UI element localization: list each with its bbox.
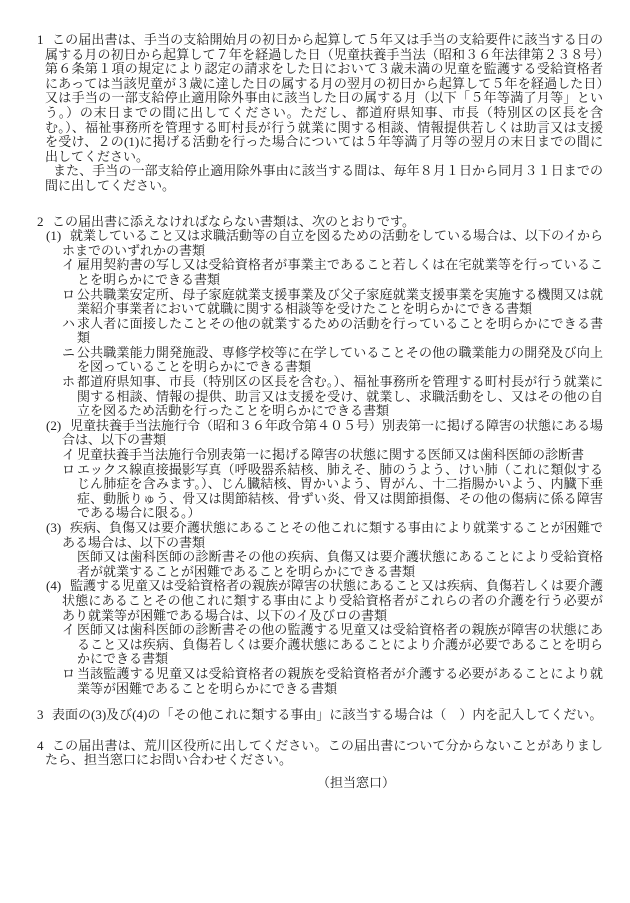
attachment-item-4-sub-i: イ 医師又は歯科医師の診断書その他の監護する児童又は受給資格者の親族が障害の状態… — [62, 623, 603, 667]
kana-text-ro: 当該監護する児童又は受給資格者の親族を受給資格者が介護する必要があることにより就… — [77, 666, 603, 696]
attachment-item-2-text: 児童扶養手当法施行令（昭和３６年政令第４０５号）別表第一に掲げる障害の状態にある… — [62, 418, 603, 448]
attachment-item-2-sub-i: イ 児童扶養手当法施行令別表第一に掲げる障害の状態に関する医師又は歯科医師の診断… — [62, 448, 603, 463]
attachment-item-2-number: (2) — [46, 419, 61, 434]
attachment-item-1: (1) 就業していること又は求職活動等の自立を図るための活動をしている場合は、以… — [46, 229, 603, 258]
kana-marker-i: イ — [62, 623, 75, 638]
kana-text-ho: 都道府県知事、市長（特別区の区長を含む。）、福祉事務所を管理する町村長が行う就業… — [77, 374, 603, 418]
attachment-item-1-sub-ha: ハ 求人者に面接したことその他の就業するための活動を行っていることを明らかにでき… — [62, 317, 603, 346]
section-2-intro: この届出書に添えなければならない書類は、次のとおりです。 — [52, 214, 415, 229]
kana-text-i: 医師又は歯科医師の診断書その他の監護する児童又は受給資格者の親族が障害の状態にあ… — [77, 622, 603, 666]
attachment-item-3: (3) 疾病、負傷又は要介護状態にあることその他これに類する事由により就業するこ… — [46, 521, 603, 550]
section-2-number: 2 — [37, 215, 44, 230]
kana-text-i: 雇用契約書の写し又は受給資格者が事業主であること若しくは在宅就業等を行っているこ… — [77, 257, 603, 287]
kana-marker-ho: ホ — [62, 375, 75, 390]
kana-marker-ni: ニ — [62, 346, 75, 361]
kana-text-ro: エックス線直接撮影写真（呼吸器系結核、肺えそ、肺のうよう、けい肺（これに類似する… — [77, 462, 603, 521]
kana-text-ni: 公共職業能力開発施設、専修学校等に在学していることその他の職業能力の開発及び向上… — [77, 345, 603, 375]
kana-marker-ro: ロ — [62, 463, 75, 478]
section-1: 1 この届出書は、手当の支給開始月の初日から起算して５年又は手当の支給要件に該当… — [37, 33, 603, 164]
attachment-item-1-sub-i: イ 雇用契約書の写し又は受給資格者が事業主であること若しくは在宅就業等を行ってい… — [62, 258, 603, 287]
attachment-item-2-sub-ro: ロ エックス線直接撮影写真（呼吸器系結核、肺えそ、肺のうよう、けい肺（これに類似… — [62, 463, 603, 521]
attachment-item-1-sub-ho: ホ 都道府県知事、市長（特別区の区長を含む。）、福祉事務所を管理する町村長が行う… — [62, 375, 603, 419]
section-3: 3 表面の(3)及び(4)の「その他これに類する事由」に該当する場合は（ ）内を… — [37, 708, 603, 723]
section-4-text: この届出書は、荒川区役所に出してください。この届出書について分からないことがあり… — [45, 738, 603, 768]
attachment-item-1-text: 就業していること又は求職活動等の自立を図るための活動をしている場合は、以下のイか… — [62, 228, 603, 258]
attachment-item-2: (2) 児童扶養手当法施行令（昭和３６年政令第４０５号）別表第一に掲げる障害の状… — [46, 419, 603, 448]
kana-marker-ha: ハ — [62, 317, 75, 332]
attachment-item-1-sub-ro: ロ 公共職業安定所、母子家庭就業支援事業及び父子家庭就業支援事業を実施する機関又… — [62, 288, 603, 317]
section-4: 4 この届出書は、荒川区役所に出してください。この届出書について分からないことが… — [37, 739, 603, 768]
kana-marker-i: イ — [62, 258, 75, 273]
kana-marker-ro: ロ — [62, 667, 75, 682]
document-page: 1 この届出書は、手当の支給開始月の初日から起算して５年又は手当の支給要件に該当… — [0, 0, 630, 903]
kana-marker-i: イ — [62, 448, 75, 463]
kana-text-ro: 公共職業安定所、母子家庭就業支援事業及び父子家庭就業支援事業を実施する機関又は就… — [77, 287, 603, 317]
contact-window-note: （担当窓口） — [317, 776, 603, 791]
attachment-item-4-text: 監護する児童又は受給資格者の親族が障害の状態にあること又は疾病、負傷若しくは要介… — [62, 578, 603, 622]
section-3-text: 表面の(3)及び(4)の「その他これに類する事由」に該当する場合は（ ）内を記入… — [52, 707, 602, 722]
attachment-item-3-note: 医師又は歯科医師の診断書その他の疾病、負傷又は要介護状態にあることにより受給資格… — [62, 550, 603, 579]
attachment-item-4-number: (4) — [46, 579, 61, 594]
attachment-item-1-sub-ni: ニ 公共職業能力開発施設、専修学校等に在学していることその他の職業能力の開発及び… — [62, 346, 603, 375]
attachment-item-4-sub-ro: ロ 当該監護する児童又は受給資格者の親族を受給資格者が介護する必要があることによ… — [62, 667, 603, 696]
section-4-number: 4 — [37, 739, 44, 754]
attachment-item-3-text: 疾病、負傷又は要介護状態にあることその他これに類する事由により就業することが困難… — [62, 520, 603, 550]
attachment-item-1-number: (1) — [46, 229, 61, 244]
kana-marker-ro: ロ — [62, 288, 75, 303]
kana-text-i: 児童扶養手当法施行令別表第一に掲げる障害の状態に関する医師又は歯科医師の診断書 — [77, 447, 584, 462]
section-2: 2 この届出書に添えなければならない書類は、次のとおりです。 — [37, 215, 603, 230]
section-1-text: この届出書は、手当の支給開始月の初日から起算して５年又は手当の支給要件に該当する… — [45, 32, 603, 164]
section-1-paragraph-2: また、手当の一部支給停止適用除外事由に該当する間は、毎年８月１日から同月３１日ま… — [37, 164, 603, 193]
kana-text-ha: 求人者に面接したことその他の就業するための活動を行っていることを明らかにできる書… — [77, 316, 603, 346]
attachment-item-4: (4) 監護する児童又は受給資格者の親族が障害の状態にあること又は疾病、負傷若し… — [46, 579, 603, 623]
section-1-number: 1 — [37, 33, 44, 48]
attachment-item-3-number: (3) — [46, 521, 61, 536]
section-3-number: 3 — [37, 708, 44, 723]
